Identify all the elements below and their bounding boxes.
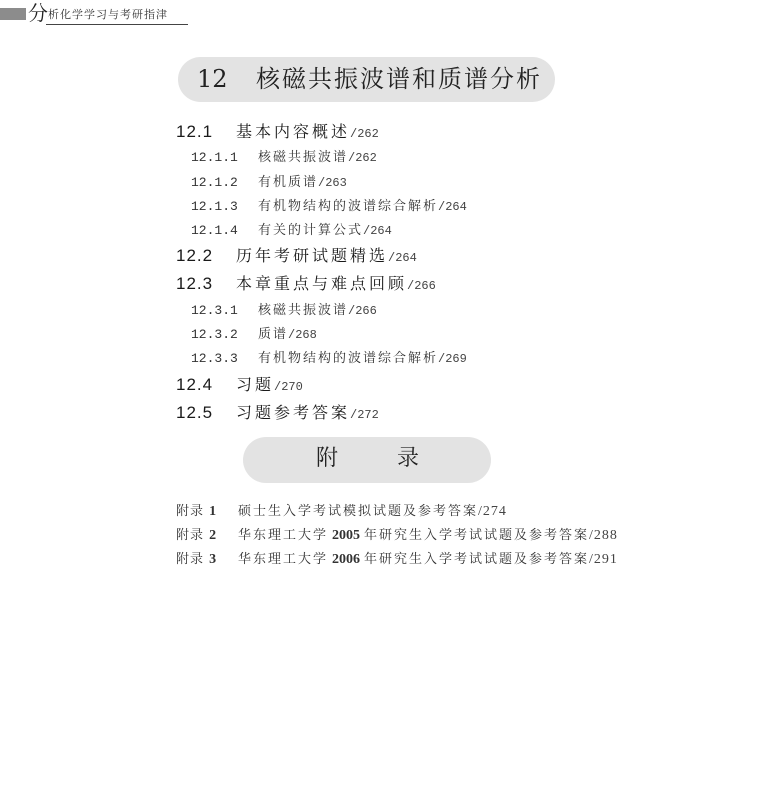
header-gray-bar (0, 8, 26, 20)
appendix-page: /288 (589, 528, 618, 544)
appendix-page: /274 (478, 504, 507, 520)
toc-number: 12.5 (176, 403, 236, 423)
toc-entry-12-3-3[interactable]: 12.3.3 有机物结构的波谱综合解析 /269 (191, 347, 467, 366)
toc-entry-12-1-2[interactable]: 12.1.2 有机质谱 /263 (191, 171, 347, 190)
toc-title: 历年考研试题精选 (236, 243, 388, 266)
toc-number: 12.1 (176, 122, 236, 142)
chapter-number: 12 (197, 65, 228, 93)
toc-number: 12.3.2 (191, 327, 258, 342)
toc-title: 有机物结构的波谱综合解析 (258, 195, 438, 214)
appendix-heading-char-2: 录 (397, 446, 419, 472)
toc-page: /262 (350, 127, 379, 141)
toc-page: /262 (348, 151, 377, 165)
appendix-label: 附录 2 (176, 524, 238, 544)
appendix-heading: 附 录 (243, 437, 491, 483)
appendix-page: /291 (589, 552, 618, 568)
appendix-title: 硕士生入学考试模拟试题及参考答案 (238, 500, 478, 519)
appendix-entry-3[interactable]: 附录 3 华东理工大学 2006 年研究生入学考试试题及参考答案 /291 (176, 548, 618, 568)
toc-title: 习题 (236, 372, 274, 395)
toc-page: /266 (348, 304, 377, 318)
toc-number: 12.1.1 (191, 150, 258, 165)
toc-title: 有机物结构的波谱综合解析 (258, 347, 438, 366)
toc-page: /263 (318, 176, 347, 190)
toc-number: 12.3 (176, 274, 236, 294)
toc-title: 质谱 (258, 323, 288, 342)
toc-entry-12-3-1[interactable]: 12.3.1 核磁共振波谱 /266 (191, 299, 377, 318)
toc-page: /270 (274, 380, 303, 394)
appendix-heading-char-1: 附 (316, 446, 338, 472)
appendix-title-prefix: 华东理工大学 (238, 548, 328, 567)
toc-title: 基本内容概述 (236, 119, 350, 142)
chapter-heading: 12 核磁共振波谱和质谱分析 (178, 57, 555, 102)
toc-entry-12-5[interactable]: 12.5 习题参考答案 /272 (176, 400, 379, 423)
toc-number: 12.3.1 (191, 303, 258, 318)
appendix-entry-2[interactable]: 附录 2 华东理工大学 2005 年研究生入学考试试题及参考答案 /288 (176, 524, 618, 544)
header-book-title: 析化学学习与考研指津 (48, 8, 168, 22)
toc-title: 核磁共振波谱 (258, 146, 348, 165)
toc-number: 12.2 (176, 246, 236, 266)
appendix-year: 2006 (332, 552, 360, 568)
toc-number: 12.1.2 (191, 175, 258, 190)
toc-entry-12-2[interactable]: 12.2 历年考研试题精选 /264 (176, 243, 417, 266)
appendix-title-prefix: 华东理工大学 (238, 524, 328, 543)
toc-page: /268 (288, 328, 317, 342)
toc-number: 12.3.3 (191, 351, 258, 366)
appendix-label: 附录 1 (176, 500, 238, 520)
toc-entry-12-1[interactable]: 12.1 基本内容概述 /262 (176, 119, 379, 142)
toc-page: /264 (388, 251, 417, 265)
toc-entry-12-1-4[interactable]: 12.1.4 有关的计算公式 /264 (191, 219, 392, 238)
toc-entry-12-4[interactable]: 12.4 习题 /270 (176, 372, 303, 395)
toc-entry-12-3[interactable]: 12.3 本章重点与难点回顾 /266 (176, 271, 436, 294)
toc-title: 核磁共振波谱 (258, 299, 348, 318)
toc-page: /264 (438, 200, 467, 214)
chapter-title: 核磁共振波谱和质谱分析 (256, 64, 542, 94)
toc-number: 12.1.4 (191, 223, 258, 238)
appendix-title-suffix: 年研究生入学考试试题及参考答案 (364, 548, 589, 567)
toc-entry-12-1-1[interactable]: 12.1.1 核磁共振波谱 /262 (191, 146, 377, 165)
toc-title: 本章重点与难点回顾 (236, 271, 407, 294)
toc-number: 12.4 (176, 375, 236, 395)
toc-title: 有机质谱 (258, 171, 318, 190)
toc-entry-12-3-2[interactable]: 12.3.2 质谱 /268 (191, 323, 317, 342)
toc-page: /269 (438, 352, 467, 366)
header-initial-char: 分 (28, 2, 48, 24)
toc-page: /264 (363, 224, 392, 238)
appendix-year: 2005 (332, 528, 360, 544)
toc-number: 12.1.3 (191, 199, 258, 214)
header-underline (46, 24, 188, 25)
appendix-entry-1[interactable]: 附录 1 硕士生入学考试模拟试题及参考答案 /274 (176, 500, 507, 520)
appendix-title-suffix: 年研究生入学考试试题及参考答案 (364, 524, 589, 543)
toc-title: 习题参考答案 (236, 400, 350, 423)
toc-entry-12-1-3[interactable]: 12.1.3 有机物结构的波谱综合解析 /264 (191, 195, 467, 214)
toc-title: 有关的计算公式 (258, 219, 363, 238)
toc-page: /266 (407, 279, 436, 293)
appendix-label: 附录 3 (176, 548, 238, 568)
running-header: 分 析化学学习与考研指津 (0, 4, 190, 26)
toc-page: /272 (350, 408, 379, 422)
